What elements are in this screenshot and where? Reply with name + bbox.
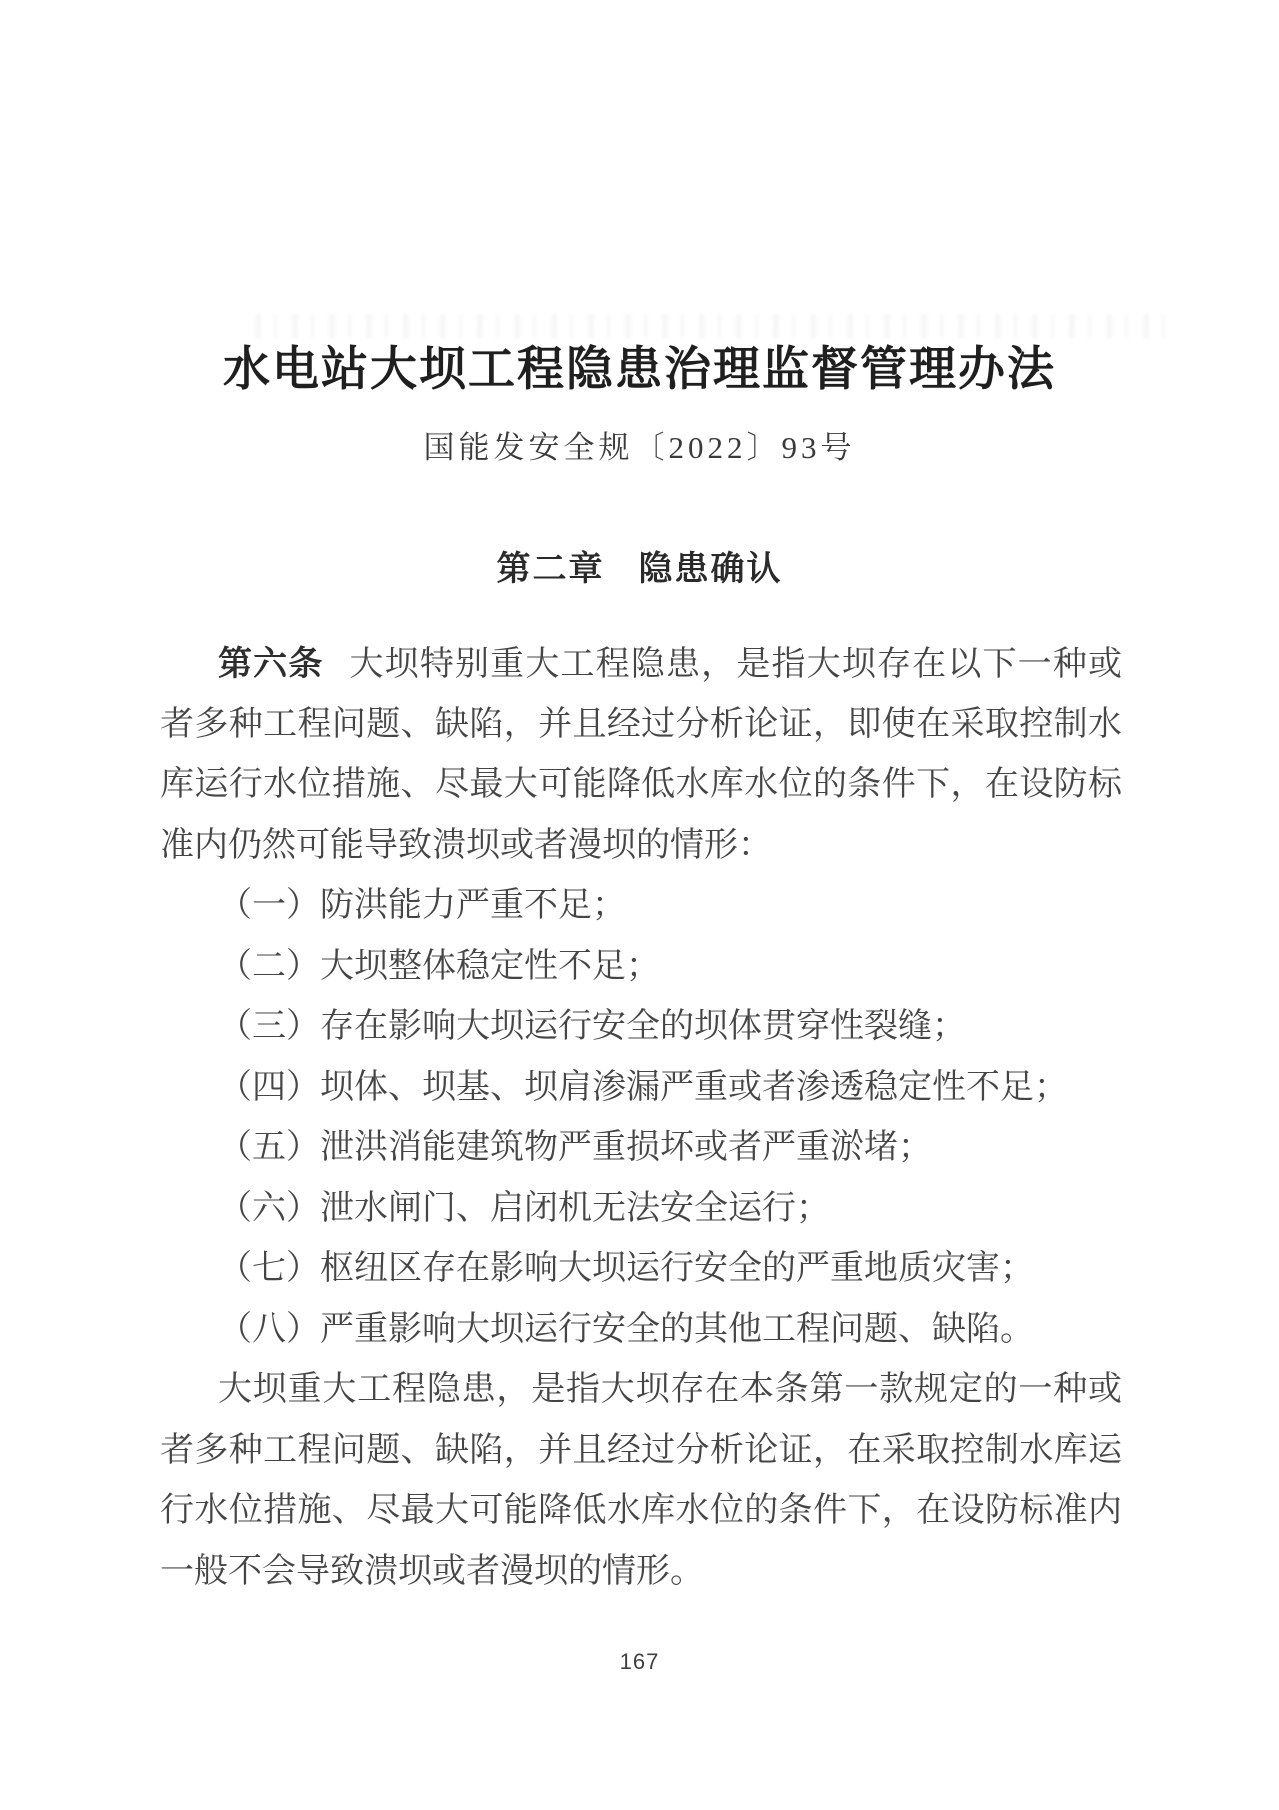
body-line: 一般不会导致溃坝或者漫坝的情形。 <box>160 1542 1122 1603</box>
clause-item: （六）泄水闸门、启闭机无法安全运行； <box>160 1179 1122 1240</box>
scan-bleed-artifact <box>255 314 1175 338</box>
chapter-title: 隐患确认 <box>639 550 783 588</box>
clause-item: （一）防洪能力严重不足； <box>160 876 1122 937</box>
body-line: 库运行水位措施、尽最大可能降低水库水位的条件下，在设防标 <box>160 755 1122 816</box>
clause-item: （二）大坝整体稳定性不足； <box>160 937 1122 998</box>
body-line: 准内仍然可能导致溃坝或者漫坝的情形： <box>160 816 1122 877</box>
clause-item: （四）坝体、坝基、坝肩渗漏严重或者渗透稳定性不足； <box>160 1058 1122 1119</box>
clause-item: （三）存在影响大坝运行安全的坝体贯穿性裂缝； <box>160 997 1122 1058</box>
clause-item: （五）泄洪消能建筑物严重损坏或者严重淤堵； <box>160 1118 1122 1179</box>
clause-item: （七）枢纽区存在影响大坝运行安全的严重地质灾害； <box>160 1239 1122 1300</box>
article-body: 第六条大坝特别重大工程隐患，是指大坝存在以下一种或 者多种工程问题、缺陷，并且经… <box>160 634 1122 1602</box>
page-number: 167 <box>0 1649 1279 1675</box>
body-line-text: 大坝特别重大工程隐患，是指大坝存在以下一种或 <box>350 646 1123 683</box>
document-number: 国能发安全规〔2022〕93号 <box>60 428 1219 468</box>
body-line: 者多种工程问题、缺陷，并且经过分析论证，在采取控制水库运 <box>160 1421 1122 1482</box>
body-line: 大坝重大工程隐患，是指大坝存在本条第一款规定的一种或 <box>160 1360 1122 1421</box>
article-number-label: 第六条 <box>218 645 324 683</box>
chapter-label: 第二章 <box>497 550 605 588</box>
body-line: 第六条大坝特别重大工程隐患，是指大坝存在以下一种或 <box>160 634 1122 695</box>
chapter-heading: 第二章隐患确认 <box>60 548 1219 590</box>
document-title: 水电站大坝工程隐患治理监督管理办法 <box>60 341 1219 397</box>
body-line: 行水位措施、尽最大可能降低水库水位的条件下，在设防标准内 <box>160 1481 1122 1542</box>
clause-item: （八）严重影响大坝运行安全的其他工程问题、缺陷。 <box>160 1300 1122 1361</box>
scanned-document-page: 水电站大坝工程隐患治理监督管理办法 国能发安全规〔2022〕93号 第二章隐患确… <box>0 0 1279 1810</box>
body-line: 者多种工程问题、缺陷，并且经过分析论证，即使在采取控制水 <box>160 695 1122 756</box>
